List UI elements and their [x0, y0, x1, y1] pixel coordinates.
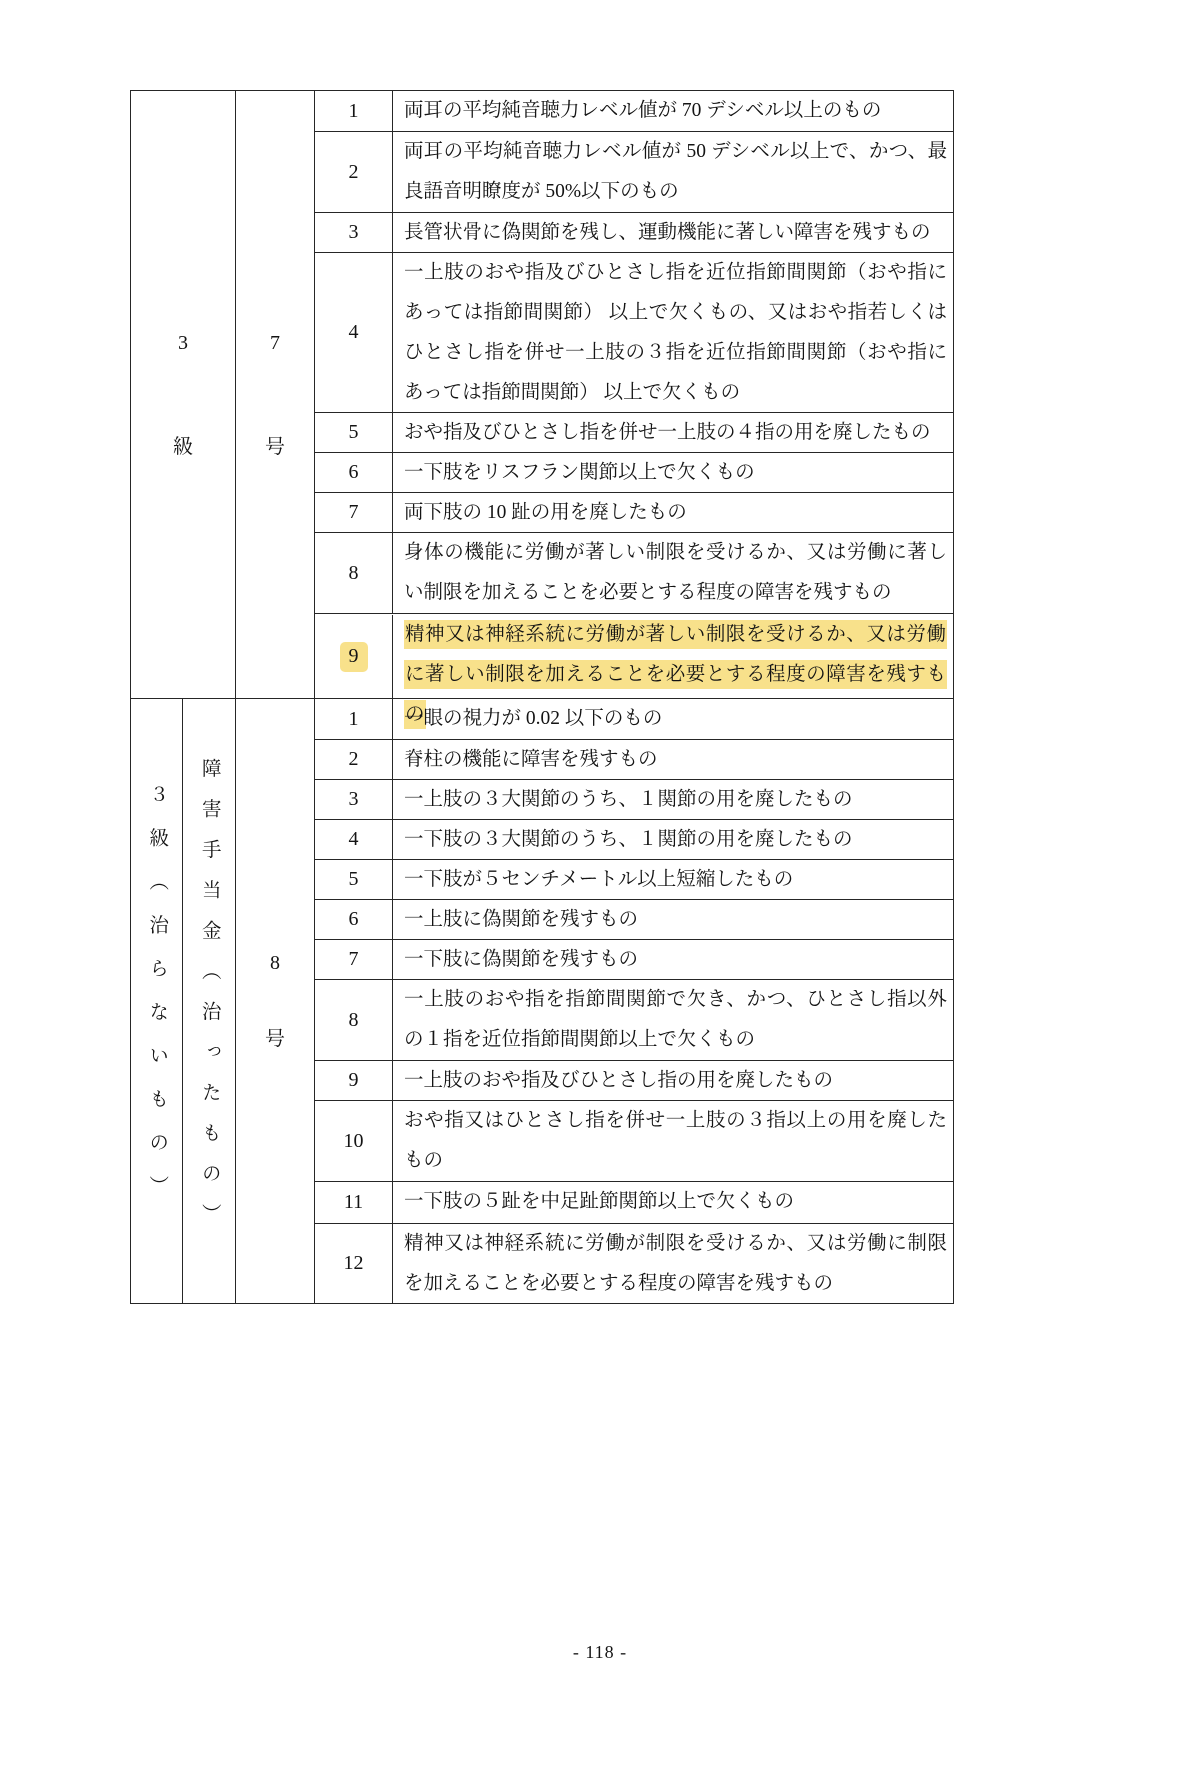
row-text: 両耳の平均純音聴力レベル値が 70 デシベル以上のもの — [393, 91, 953, 131]
row-number: 3 — [315, 213, 393, 252]
row-number: 7 — [315, 940, 393, 979]
row-number: 4 — [315, 253, 393, 412]
row-text: 精神又は神経系統に労働が制限を受けるか、又は労働に制限を加えることを必要とする程… — [393, 1224, 953, 1303]
table-row: 3 一上肢の３大関節のうち、１関節の用を廃したもの — [315, 779, 953, 819]
item-number-header-cell: 7 号 — [236, 91, 315, 698]
row-text: 一下肢が５センチメートル以上短縮したもの — [393, 860, 953, 899]
row-text: 一下肢に偽関節を残すもの — [393, 940, 953, 979]
row-text: 一上肢のおや指及びひとさし指を近位指節間関節（おや指にあっては指節間関節） 以上… — [393, 253, 953, 412]
document-page: 3 級 7 号 1 両耳の平均純音聴力レベル値が 70 デシベル以上のもの 2 … — [0, 0, 1200, 1776]
row-text: 一上肢のおや指及びひとさし指の用を廃したもの — [393, 1061, 953, 1100]
table-row: 4 一下肢の３大関節のうち、１関節の用を廃したもの — [315, 819, 953, 859]
table-row: 1 一眼の視力が 0.02 以下のもの — [315, 699, 953, 739]
row-number: 2 — [315, 740, 393, 779]
row-number: 8 — [315, 533, 393, 613]
table-row: 6 一下肢をリスフラン関節以上で欠くもの — [315, 452, 953, 492]
row-number: 3 — [315, 780, 393, 819]
row-text: 長管状骨に偽関節を残し、運動機能に著しい障害を残すもの — [393, 213, 953, 252]
table-section-grade3-no8: ３級（治らないもの） 障害手当金（治ったもの） 8 号 1 一眼の視力が 0.0… — [131, 698, 953, 1303]
row-number: 7 — [315, 493, 393, 532]
highlight-badge: 9 — [340, 642, 368, 672]
table-section-grade3-no7: 3 級 7 号 1 両耳の平均純音聴力レベル値が 70 デシベル以上のもの 2 … — [131, 91, 953, 698]
table-row: 1 両耳の平均純音聴力レベル値が 70 デシベル以上のもの — [315, 91, 953, 131]
item-number-header-cell: 8 号 — [236, 699, 315, 1303]
item-number-label: 8 号 — [236, 699, 314, 1303]
row-text: 一下肢をリスフラン関節以上で欠くもの — [393, 453, 953, 492]
row-text: 一下肢の３大関節のうち、１関節の用を廃したもの — [393, 820, 953, 859]
row-number: 8 — [315, 980, 393, 1060]
row-number: 6 — [315, 900, 393, 939]
disability-grade-table: 3 級 7 号 1 両耳の平均純音聴力レベル値が 70 デシベル以上のもの 2 … — [130, 90, 954, 1304]
row-text: 一下肢の５趾を中足趾節関節以上で欠くもの — [393, 1182, 953, 1223]
section1-rows: 1 両耳の平均純音聴力レベル値が 70 デシベル以上のもの 2 両耳の平均純音聴… — [315, 91, 953, 698]
grade-header-cell: 3 級 — [131, 91, 236, 698]
row-text: 両下肢の 10 趾の用を廃したもの — [393, 493, 953, 532]
grade-digit: 3 — [178, 333, 188, 353]
grade-vertical-label: ３級（治らないもの） — [147, 784, 167, 1219]
item-number-digit: 7 — [270, 333, 280, 353]
row-number: 2 — [315, 132, 393, 212]
item-number-suffix: 号 — [265, 437, 285, 457]
row-text: 一眼の視力が 0.02 以下のもの — [393, 699, 953, 739]
table-row: 9 一上肢のおや指及びひとさし指の用を廃したもの — [315, 1060, 953, 1100]
table-row: 11 一下肢の５趾を中足趾節関節以上で欠くもの — [315, 1181, 953, 1223]
grade-label: 3 級 — [131, 91, 235, 698]
item-number-digit: 8 — [270, 953, 280, 973]
row-text: 一上肢に偽関節を残すもの — [393, 900, 953, 939]
table-row: 5 一下肢が５センチメートル以上短縮したもの — [315, 859, 953, 899]
row-number: 4 — [315, 820, 393, 859]
table-row: 2 両耳の平均純音聴力レベル値が 50 デシベル以上で、かつ、最良語音明瞭度が … — [315, 131, 953, 212]
row-number: 11 — [315, 1182, 393, 1223]
row-number: 12 — [315, 1224, 393, 1303]
row-number: 1 — [315, 91, 393, 131]
page-number: - 118 - — [0, 1642, 1200, 1663]
row-text: 一上肢のおや指を指節間関節で欠き、かつ、ひとさし指以外の１指を近位指節間関節以上… — [393, 980, 953, 1060]
grade-header-cell-vertical: ３級（治らないもの） — [131, 699, 183, 1303]
table-row: 12 精神又は神経系統に労働が制限を受けるか、又は労働に制限を加えることを必要と… — [315, 1223, 953, 1303]
row-number-highlighted: 9 — [315, 615, 393, 698]
table-row: 3 長管状骨に偽関節を残し、運動機能に著しい障害を残すもの — [315, 212, 953, 252]
item-number-label: 7 号 — [236, 91, 314, 698]
table-row: 5 おや指及びひとさし指を併せ一上肢の４指の用を廃したもの — [315, 412, 953, 452]
section2-rows: 1 一眼の視力が 0.02 以下のもの 2 脊柱の機能に障害を残すもの 3 一上… — [315, 699, 953, 1303]
item-number-suffix: 号 — [265, 1029, 285, 1049]
row-number: 9 — [315, 1061, 393, 1100]
table-row: 7 一下肢に偽関節を残すもの — [315, 939, 953, 979]
allowance-vertical-label: 障害手当金（治ったもの） — [199, 758, 219, 1244]
row-text-highlighted: 精神又は神経系統に労働が著しい制限を受けるか、又は労働に著しい制限を加えることを… — [393, 615, 953, 698]
table-row: 7 両下肢の 10 趾の用を廃したもの — [315, 492, 953, 532]
allowance-header-cell-vertical: 障害手当金（治ったもの） — [183, 699, 236, 1303]
row-number: 10 — [315, 1101, 393, 1181]
table-row: 8 身体の機能に労働が著しい制限を受けるか、又は労働に著しい制限を加えることを必… — [315, 532, 953, 613]
row-text: 両耳の平均純音聴力レベル値が 50 デシベル以上で、かつ、最良語音明瞭度が 50… — [393, 132, 953, 212]
grade-suffix: 級 — [173, 437, 193, 457]
row-number: 5 — [315, 860, 393, 899]
row-text: 身体の機能に労働が著しい制限を受けるか、又は労働に著しい制限を加えることを必要と… — [393, 533, 953, 613]
row-text: おや指又はひとさし指を併せ一上肢の３指以上の用を廃したもの — [393, 1101, 953, 1181]
row-text: 一上肢の３大関節のうち、１関節の用を廃したもの — [393, 780, 953, 819]
table-row: 4 一上肢のおや指及びひとさし指を近位指節間関節（おや指にあっては指節間関節） … — [315, 252, 953, 412]
table-row: 8 一上肢のおや指を指節間関節で欠き、かつ、ひとさし指以外の１指を近位指節間関節… — [315, 979, 953, 1060]
table-row: 10 おや指又はひとさし指を併せ一上肢の３指以上の用を廃したもの — [315, 1100, 953, 1181]
row-text: おや指及びひとさし指を併せ一上肢の４指の用を廃したもの — [393, 413, 953, 452]
row-number: 1 — [315, 699, 393, 739]
row-text: 脊柱の機能に障害を残すもの — [393, 740, 953, 779]
table-row: 6 一上肢に偽関節を残すもの — [315, 899, 953, 939]
row-number: 5 — [315, 413, 393, 452]
table-row-highlighted: 9 精神又は神経系統に労働が著しい制限を受けるか、又は労働に著しい制限を加えるこ… — [315, 613, 953, 698]
row-number: 6 — [315, 453, 393, 492]
table-row: 2 脊柱の機能に障害を残すもの — [315, 739, 953, 779]
